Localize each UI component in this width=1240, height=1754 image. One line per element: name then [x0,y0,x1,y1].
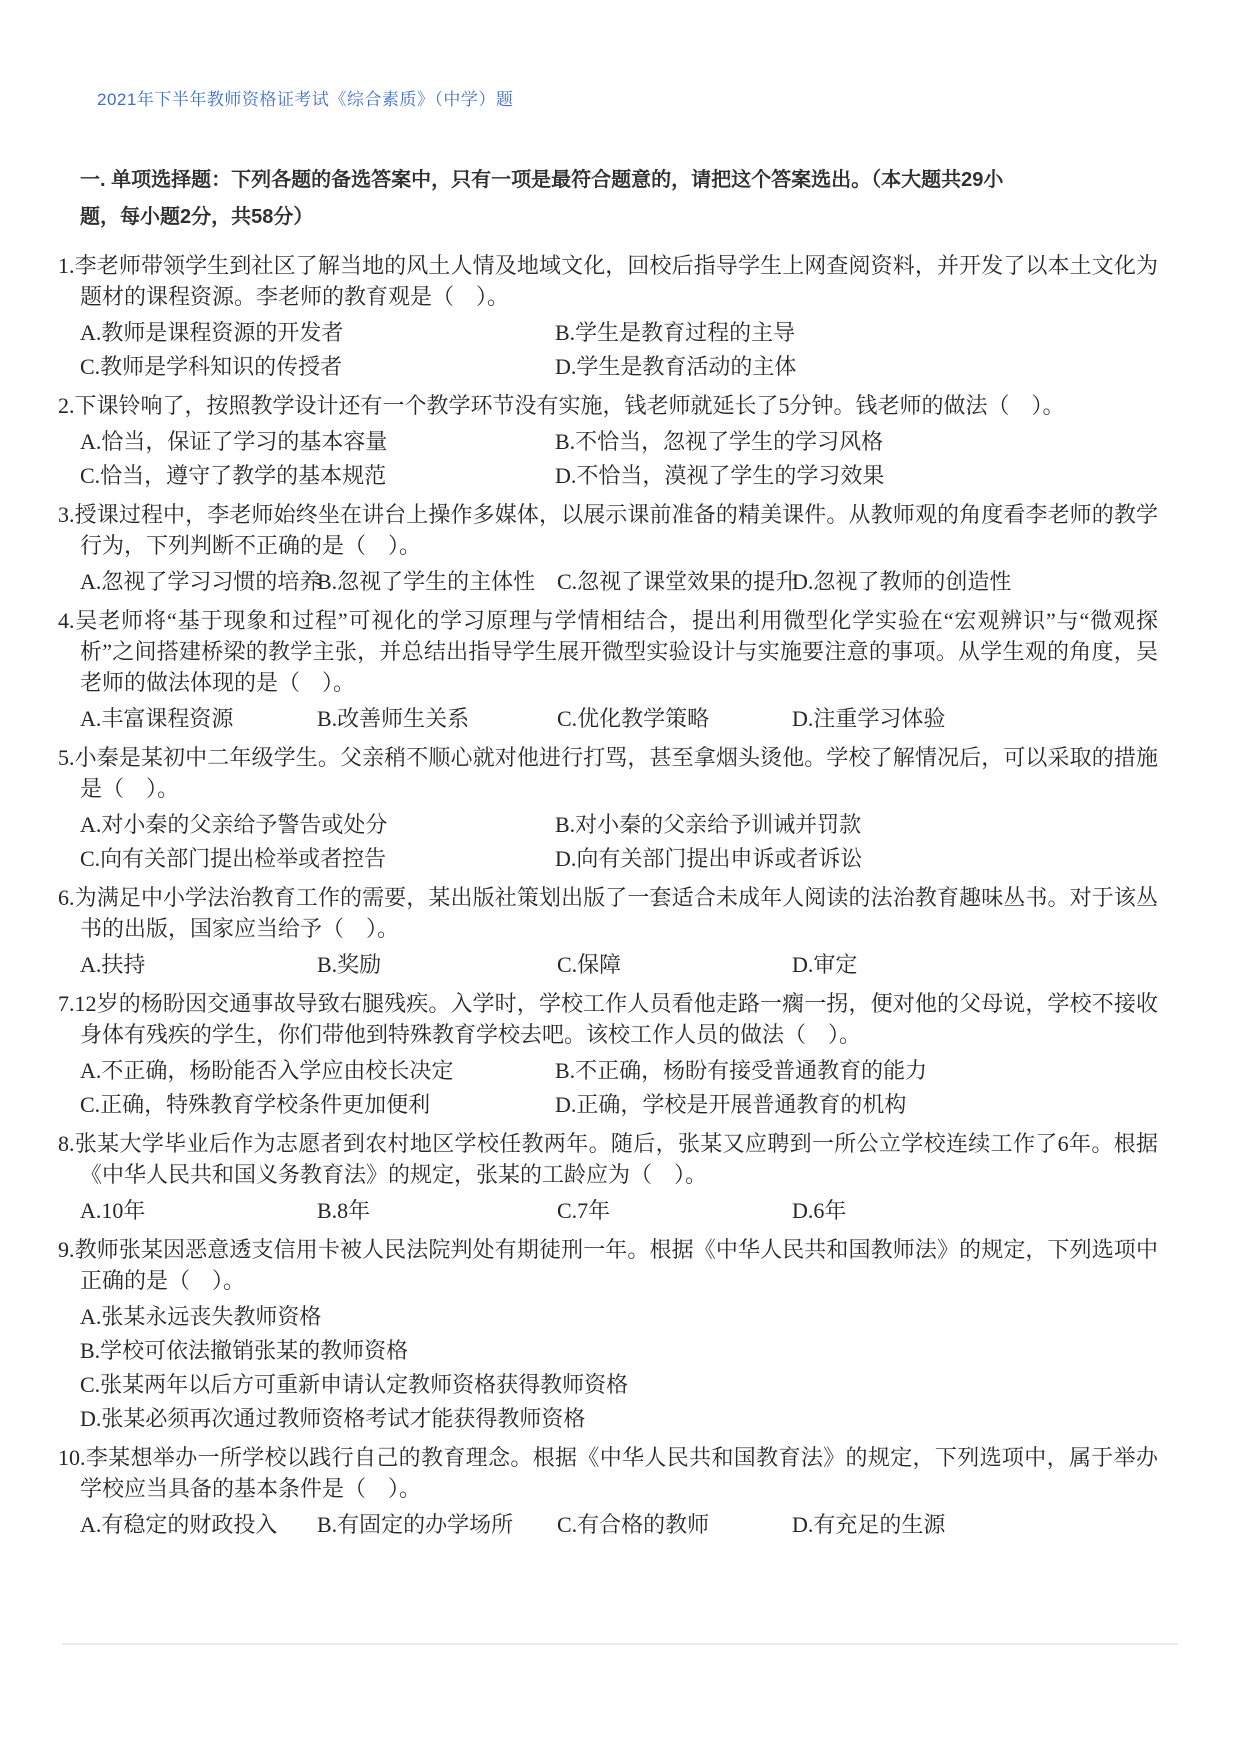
question-text-body: 张某大学毕业后作为志愿者到农村地区学校任教两年。随后，张某又应聘到一所公立学校连… [75,1131,1159,1187]
question-number: 2. [58,393,75,418]
option: D.6年 [792,1195,846,1226]
option: B.8年 [317,1195,557,1226]
option: B.改善师生关系 [317,703,557,734]
option: B.奖励 [317,949,557,980]
question-number: 8. [58,1131,75,1156]
option: B.学生是教育过程的主导 [555,317,796,348]
option: B.有固定的办学场所 [317,1509,557,1540]
question-text: 2.下课铃响了，按照教学设计还有一个教学环节没有实施，钱老师就延长了5分钟。钱老… [80,390,1158,421]
question-number: 6. [58,885,75,910]
section-heading: 一. 单项选择题：下列各题的备选答案中，只有一项是最符合题意的，请把这个答案选出… [80,162,1025,236]
question-block: 6.为满足中小学法治教育工作的需要，某出版社策划出版了一套适合未成年人阅读的法治… [0,882,1240,980]
option: B.忽视了学生的主体性 [317,566,557,597]
option: A.不正确，杨盼能否入学应由校长决定 [80,1055,555,1086]
question-options: A.扶持B.奖励C.保障D.审定 [80,949,1158,980]
question-text: 3.授课过程中，李老师始终坐在讲台上操作多媒体，以展示课前准备的精美课件。从教师… [80,499,1158,561]
question-block: 5.小秦是某初中二年级学生。父亲稍不顺心就对他进行打骂，甚至拿烟头烫他。学校了解… [0,742,1240,874]
option: D.张某必须再次通过教师资格考试才能获得教师资格 [80,1403,1158,1434]
option: C.张某两年以后方可重新申请认定教师资格获得教师资格 [80,1369,1158,1400]
option: C.保障 [557,949,792,980]
question-list: 1.李老师带领学生到社区了解当地的风土人情及地域文化，回校后指导学生上网查阅资料… [0,250,1240,1540]
option: D.不恰当，漠视了学生的学习效果 [555,460,884,491]
option: D.忽视了教师的创造性 [792,566,1011,597]
question-text-body: 下课铃响了，按照教学设计还有一个教学环节没有实施，钱老师就延长了5分钟。钱老师的… [75,393,1065,418]
question-options: A.张某永远丧失教师资格B.学校可依法撤销张某的教师资格C.张某两年以后方可重新… [80,1301,1158,1434]
question-text-body: 12岁的杨盼因交通事故导致右腿残疾。入学时，学校工作人员看他走路一瘸一拐，便对他… [75,991,1159,1047]
option: D.正确，学校是开展普通教育的机构 [555,1089,927,1120]
option: D.有充足的生源 [792,1509,945,1540]
question-text: 6.为满足中小学法治教育工作的需要，某出版社策划出版了一套适合未成年人阅读的法治… [80,882,1158,944]
bottom-divider [62,1643,1178,1645]
question-text-body: 李老师带领学生到社区了解当地的风土人情及地域文化，回校后指导学生上网查阅资料，并… [75,253,1159,309]
question-text: 10.李某想举办一所学校以践行自己的教育理念。根据《中华人民共和国教育法》的规定… [80,1442,1158,1504]
question-number: 9. [58,1237,75,1262]
question-block: 2.下课铃响了，按照教学设计还有一个教学环节没有实施，钱老师就延长了5分钟。钱老… [0,390,1240,491]
question-options: A.不正确，杨盼能否入学应由校长决定B.不正确，杨盼有接受普通教育的能力C.正确… [80,1055,1158,1120]
question-text-body: 小秦是某初中二年级学生。父亲稍不顺心就对他进行打骂，甚至拿烟头烫他。学校了解情况… [75,745,1159,801]
option: C.教师是学科知识的传授者 [80,351,555,382]
exam-page: 2021年下半年教师资格证考试《综合素质》（中学）题 一. 单项选择题：下列各题… [0,88,1240,1540]
question-block: 4.吴老师将“基于现象和过程”可视化的学习原理与学情相结合，提出利用微型化学实验… [0,605,1240,734]
option: A.教师是课程资源的开发者 [80,317,555,348]
question-text-body: 吴老师将“基于现象和过程”可视化的学习原理与学情相结合，提出利用微型化学实验在“… [75,608,1159,695]
question-options: A.忽视了学习习惯的培养B.忽视了学生的主体性C.忽视了课堂效果的提升D.忽视了… [80,566,1158,597]
page-title: 2021年下半年教师资格证考试《综合素质》（中学）题 [97,88,1240,112]
question-block: 7.12岁的杨盼因交通事故导致右腿残疾。入学时，学校工作人员看他走路一瘸一拐，便… [0,988,1240,1120]
question-number: 3. [58,502,75,527]
option: C.正确，特殊教育学校条件更加便利 [80,1089,555,1120]
question-number: 1. [58,253,75,278]
question-text: 4.吴老师将“基于现象和过程”可视化的学习原理与学情相结合，提出利用微型化学实验… [80,605,1158,698]
question-number: 10. [58,1445,86,1470]
option: D.注重学习体验 [792,703,945,734]
option: B.学校可依法撤销张某的教师资格 [80,1335,1158,1366]
option: C.优化教学策略 [557,703,792,734]
question-number: 5. [58,745,75,770]
question-text: 7.12岁的杨盼因交通事故导致右腿残疾。入学时，学校工作人员看他走路一瘸一拐，便… [80,988,1158,1050]
question-block: 8.张某大学毕业后作为志愿者到农村地区学校任教两年。随后，张某又应聘到一所公立学… [0,1128,1240,1226]
option: C.7年 [557,1195,792,1226]
option: A.10年 [80,1195,317,1226]
option: A.有稳定的财政投入 [80,1509,317,1540]
option: A.恰当，保证了学习的基本容量 [80,426,555,457]
question-text-body: 授课过程中，李老师始终坐在讲台上操作多媒体，以展示课前准备的精美课件。从教师观的… [75,502,1159,558]
question-text-body: 教师张某因恶意透支信用卡被人民法院判处有期徒刑一年。根据《中华人民共和国教师法》… [75,1237,1159,1293]
option: A.扶持 [80,949,317,980]
option: C.向有关部门提出检举或者控告 [80,843,555,874]
question-options: A.恰当，保证了学习的基本容量B.不恰当，忽视了学生的学习风格C.恰当，遵守了教… [80,426,1158,491]
option: B.不正确，杨盼有接受普通教育的能力 [555,1055,927,1086]
question-text: 5.小秦是某初中二年级学生。父亲稍不顺心就对他进行打骂，甚至拿烟头烫他。学校了解… [80,742,1158,804]
option: D.学生是教育活动的主体 [555,351,796,382]
question-text-body: 为满足中小学法治教育工作的需要，某出版社策划出版了一套适合未成年人阅读的法治教育… [75,885,1159,941]
option: D.审定 [792,949,857,980]
question-options: A.丰富课程资源B.改善师生关系C.优化教学策略D.注重学习体验 [80,703,1158,734]
question-number: 7. [58,991,75,1016]
question-text: 9.教师张某因恶意透支信用卡被人民法院判处有期徒刑一年。根据《中华人民共和国教师… [80,1234,1158,1296]
question-block: 10.李某想举办一所学校以践行自己的教育理念。根据《中华人民共和国教育法》的规定… [0,1442,1240,1540]
question-text: 8.张某大学毕业后作为志愿者到农村地区学校任教两年。随后，张某又应聘到一所公立学… [80,1128,1158,1190]
option: C.有合格的教师 [557,1509,792,1540]
option: A.张某永远丧失教师资格 [80,1301,1158,1332]
question-block: 3.授课过程中，李老师始终坐在讲台上操作多媒体，以展示课前准备的精美课件。从教师… [0,499,1240,597]
question-number: 4. [58,608,75,633]
option: A.丰富课程资源 [80,703,317,734]
option: B.不恰当，忽视了学生的学习风格 [555,426,884,457]
question-block: 9.教师张某因恶意透支信用卡被人民法院判处有期徒刑一年。根据《中华人民共和国教师… [0,1234,1240,1434]
question-options: A.教师是课程资源的开发者B.学生是教育过程的主导C.教师是学科知识的传授者D.… [80,317,1158,382]
question-text: 1.李老师带领学生到社区了解当地的风土人情及地域文化，回校后指导学生上网查阅资料… [80,250,1158,312]
question-options: A.有稳定的财政投入B.有固定的办学场所C.有合格的教师D.有充足的生源 [80,1509,1158,1540]
question-block: 1.李老师带领学生到社区了解当地的风土人情及地域文化，回校后指导学生上网查阅资料… [0,250,1240,382]
option: A.对小秦的父亲给予警告或处分 [80,809,555,840]
option: B.对小秦的父亲给予训诫并罚款 [555,809,862,840]
question-options: A.对小秦的父亲给予警告或处分B.对小秦的父亲给予训诫并罚款C.向有关部门提出检… [80,809,1158,874]
question-text-body: 李某想举办一所学校以践行自己的教育理念。根据《中华人民共和国教育法》的规定，下列… [80,1445,1158,1501]
option: D.向有关部门提出申诉或者诉讼 [555,843,862,874]
option: C.恰当，遵守了教学的基本规范 [80,460,555,491]
option: A.忽视了学习习惯的培养 [80,566,317,597]
question-options: A.10年B.8年C.7年D.6年 [80,1195,1158,1226]
option: C.忽视了课堂效果的提升 [557,566,792,597]
